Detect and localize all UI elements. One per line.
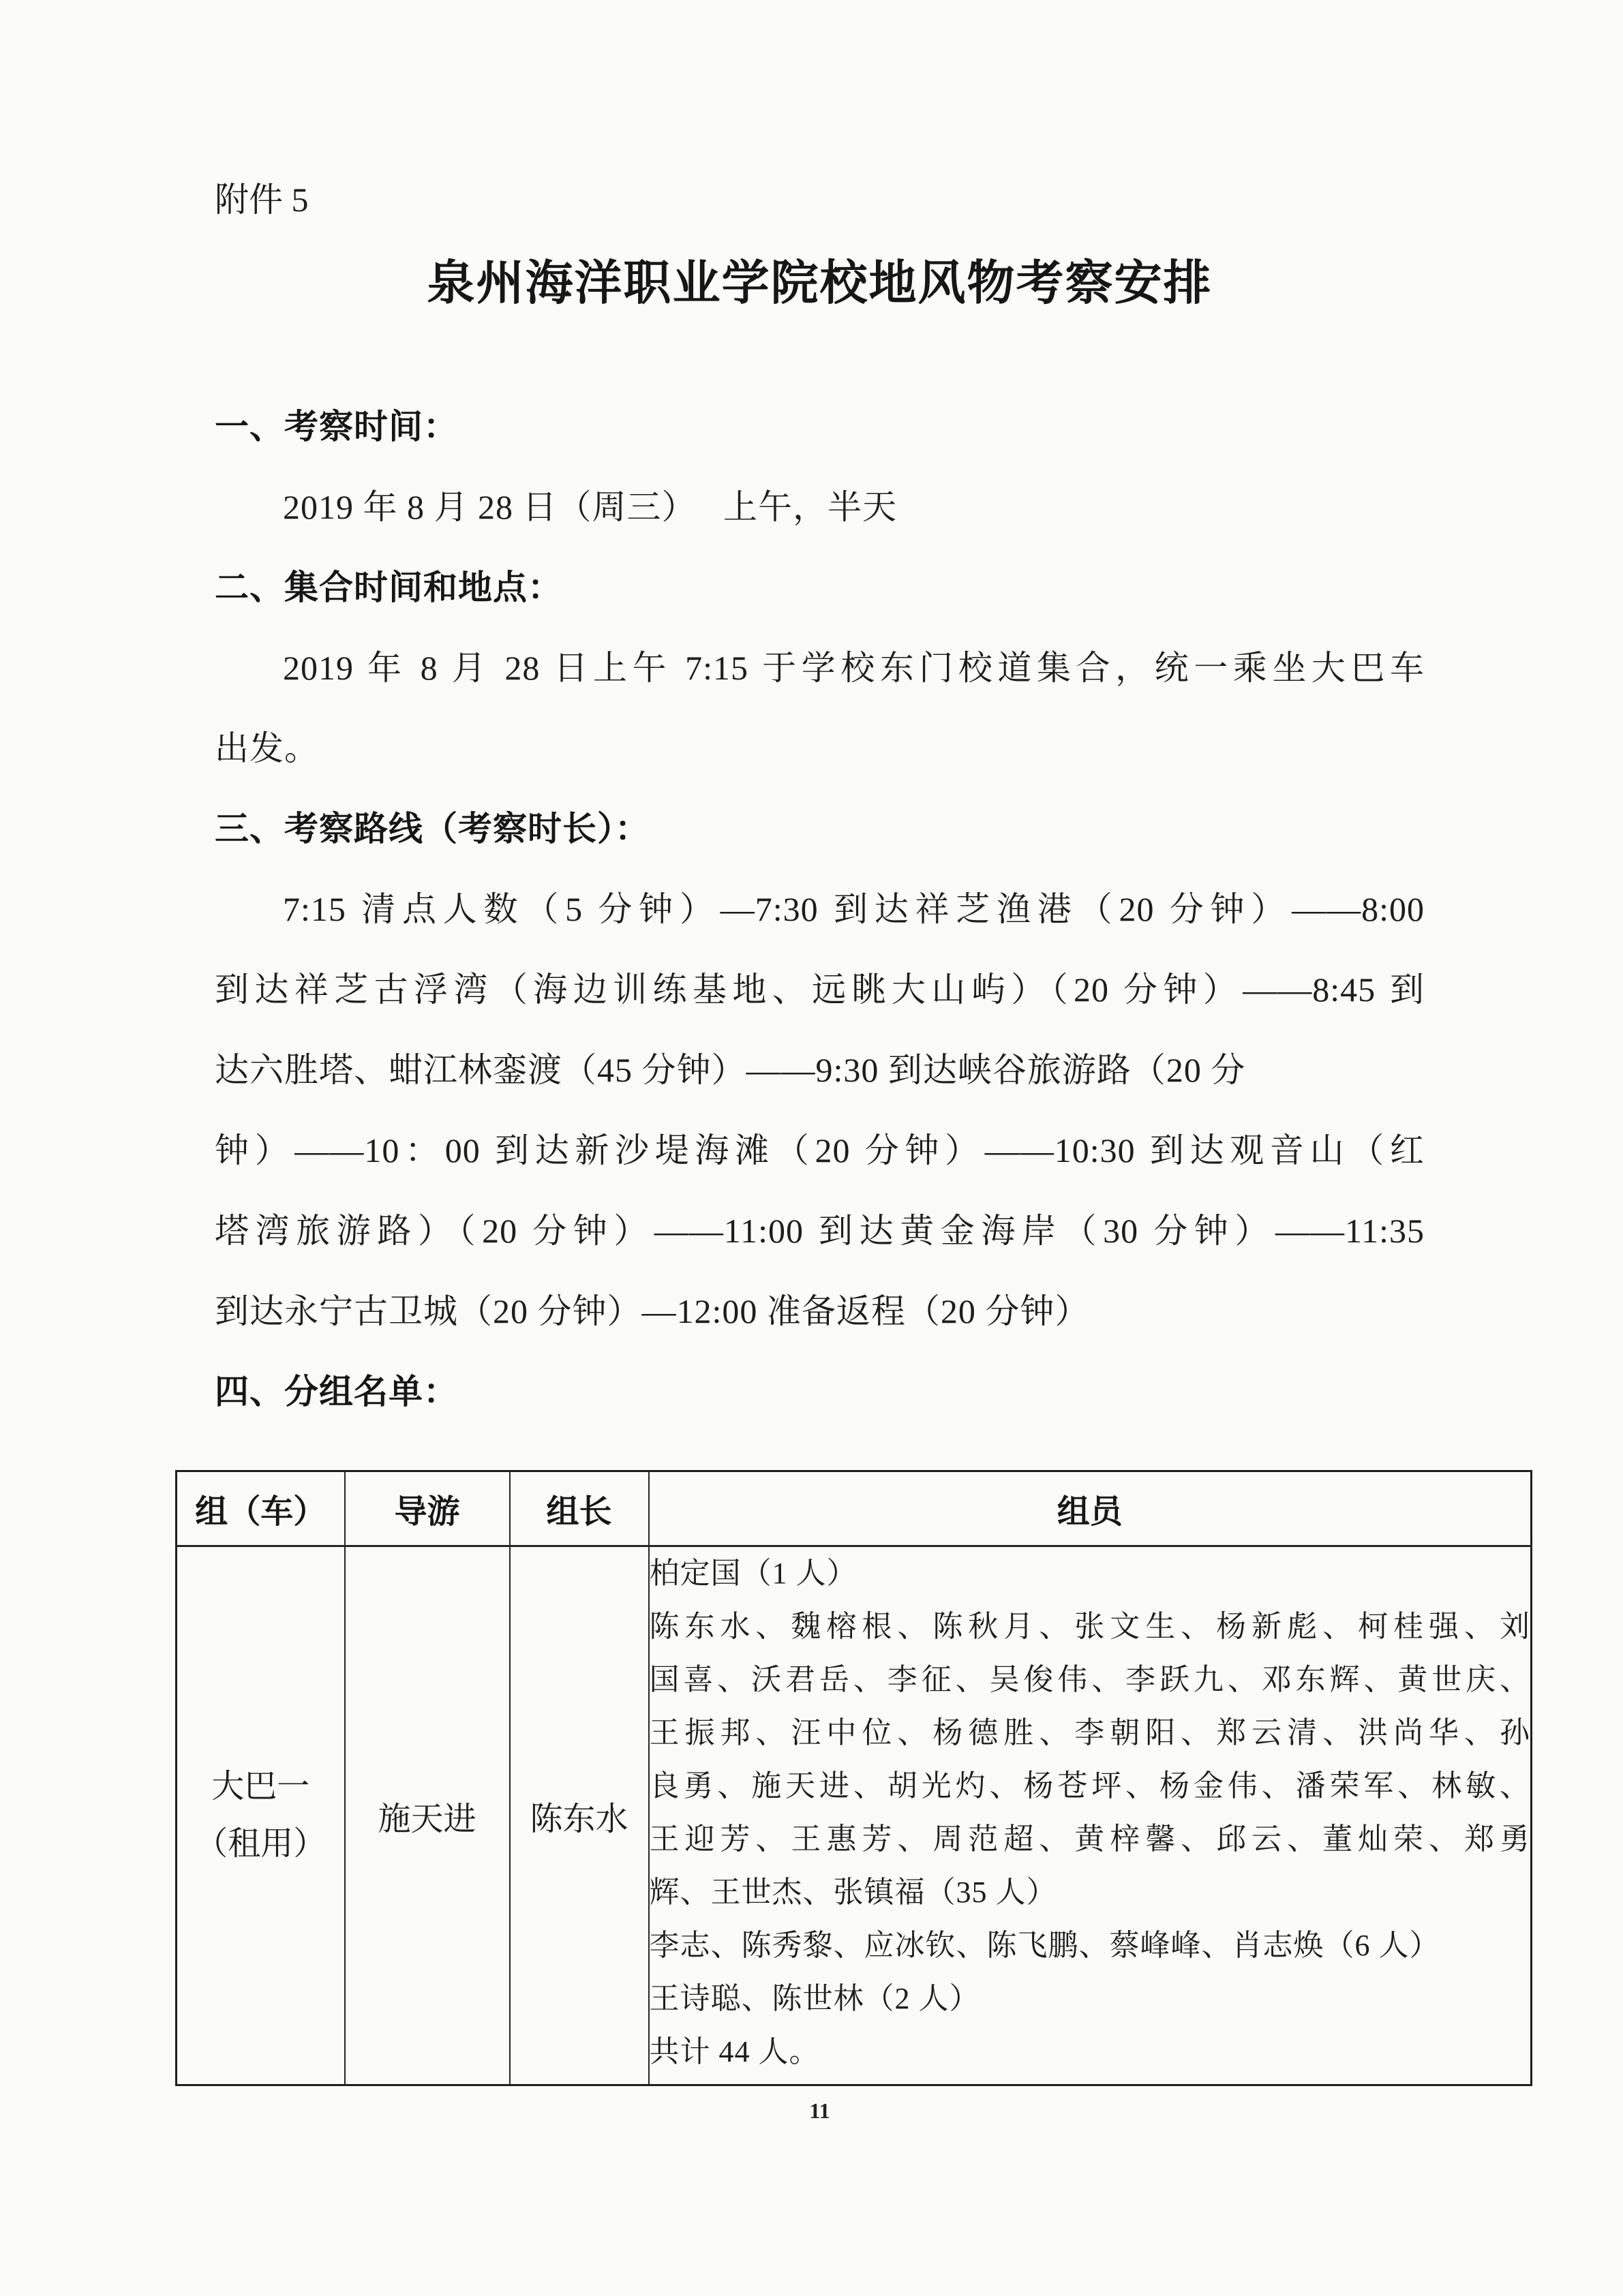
member-line: 王振邦、汪中位、杨德胜、李朝阳、郑云清、洪尚华、孙 (650, 1706, 1531, 1760)
member-line: 李志、陈秀黎、应冰钦、陈飞鹏、蔡峰峰、肖志焕（6 人） (650, 1919, 1531, 1972)
section-3-heading: 三、考察路线（考察时长）： (215, 789, 1425, 869)
group-name: 大巴一 (177, 1758, 344, 1816)
section-2-line: 出发。 (215, 708, 1425, 789)
route-line: 7:15 清点人数（5 分钟）—7:30 到达祥芝渔港（20 分钟）——8:00 (215, 869, 1425, 949)
member-line: 柏定国（1 人） (650, 1547, 1531, 1600)
route-line: 到达永宁古卫城（20 分钟）—12:00 准备返程（20 分钟） (215, 1271, 1425, 1351)
member-line: 良勇、施天进、胡光灼、杨苍坪、杨金伟、潘荣军、林敏、 (650, 1760, 1531, 1813)
column-header-leader: 组长 (510, 1471, 649, 1546)
member-line: 王诗聪、陈世林（2 人） (650, 1972, 1531, 2025)
route-line: 塔湾旅游路）（20 分钟）——11:00 到达黄金海岸（30 分钟）——11:3… (215, 1191, 1425, 1271)
column-header-group: 组（车） (177, 1471, 345, 1546)
section-2-heading: 二、集合时间和地点： (215, 547, 1425, 628)
roster-table: 组（车） 导游 组长 组员 大巴一 （租用） 施天进 陈东水 柏定国（1 人） … (175, 1470, 1532, 2086)
guide-cell: 施天进 (345, 1546, 510, 2085)
route-line: 到达祥芝古浮湾（海边训练基地、远眺大山屿）（20 分钟）——8:45 到 (215, 949, 1425, 1030)
member-line: 共计 44 人。 (650, 2025, 1531, 2079)
document-page: 附件 5 泉州海洋职业学院校地风物考察安排 一、考察时间： 2019 年 8 月… (0, 0, 1623, 2296)
member-line: 陈东水、魏榕根、陈秋月、张文生、杨新彪、柯桂强、刘 (650, 1600, 1531, 1653)
section-2-line: 2019 年 8 月 28 日上午 7:15 于学校东门校道集合，统一乘坐大巴车 (215, 628, 1425, 708)
page-number: 11 (215, 2097, 1425, 2124)
leader-cell: 陈东水 (510, 1546, 649, 2085)
column-header-members: 组员 (649, 1471, 1532, 1546)
group-cell: 大巴一 （租用） (177, 1546, 345, 2085)
section-1-line: 2019 年 8 月 28 日（周三） 上午，半天 (215, 467, 1425, 547)
group-note: （租用） (177, 1816, 344, 1873)
route-line: 达六胜塔、蚶江林銮渡（45 分钟）——9:30 到达峡谷旅游路（20 分 (215, 1030, 1425, 1110)
column-header-guide: 导游 (345, 1471, 510, 1546)
attachment-label: 附件 5 (215, 159, 1530, 240)
member-line: 国喜、沃君岳、李征、吴俊伟、李跃九、邓东辉、黄世庆、 (650, 1653, 1531, 1706)
member-line: 辉、王世杰、张镇福（35 人） (650, 1866, 1531, 1919)
route-line: 钟）——10：00 到达新沙堤海滩（20 分钟）——10:30 到达观音山（红 (215, 1110, 1425, 1191)
roster-row: 大巴一 （租用） 施天进 陈东水 柏定国（1 人） 陈东水、魏榕根、陈秋月、张文… (177, 1546, 1532, 2085)
members-cell: 柏定国（1 人） 陈东水、魏榕根、陈秋月、张文生、杨新彪、柯桂强、刘 国喜、沃君… (649, 1546, 1532, 2085)
section-1-heading: 一、考察时间： (215, 386, 1425, 467)
page-title: 泉州海洋职业学院校地风物考察安排 (215, 240, 1425, 328)
section-4-heading: 四、分组名单： (215, 1351, 1425, 1432)
roster-header-row: 组（车） 导游 组长 组员 (177, 1471, 1532, 1546)
member-line: 王迎芳、王惠芳、周范超、黄梓馨、邱云、董灿荣、郑勇 (650, 1813, 1531, 1866)
